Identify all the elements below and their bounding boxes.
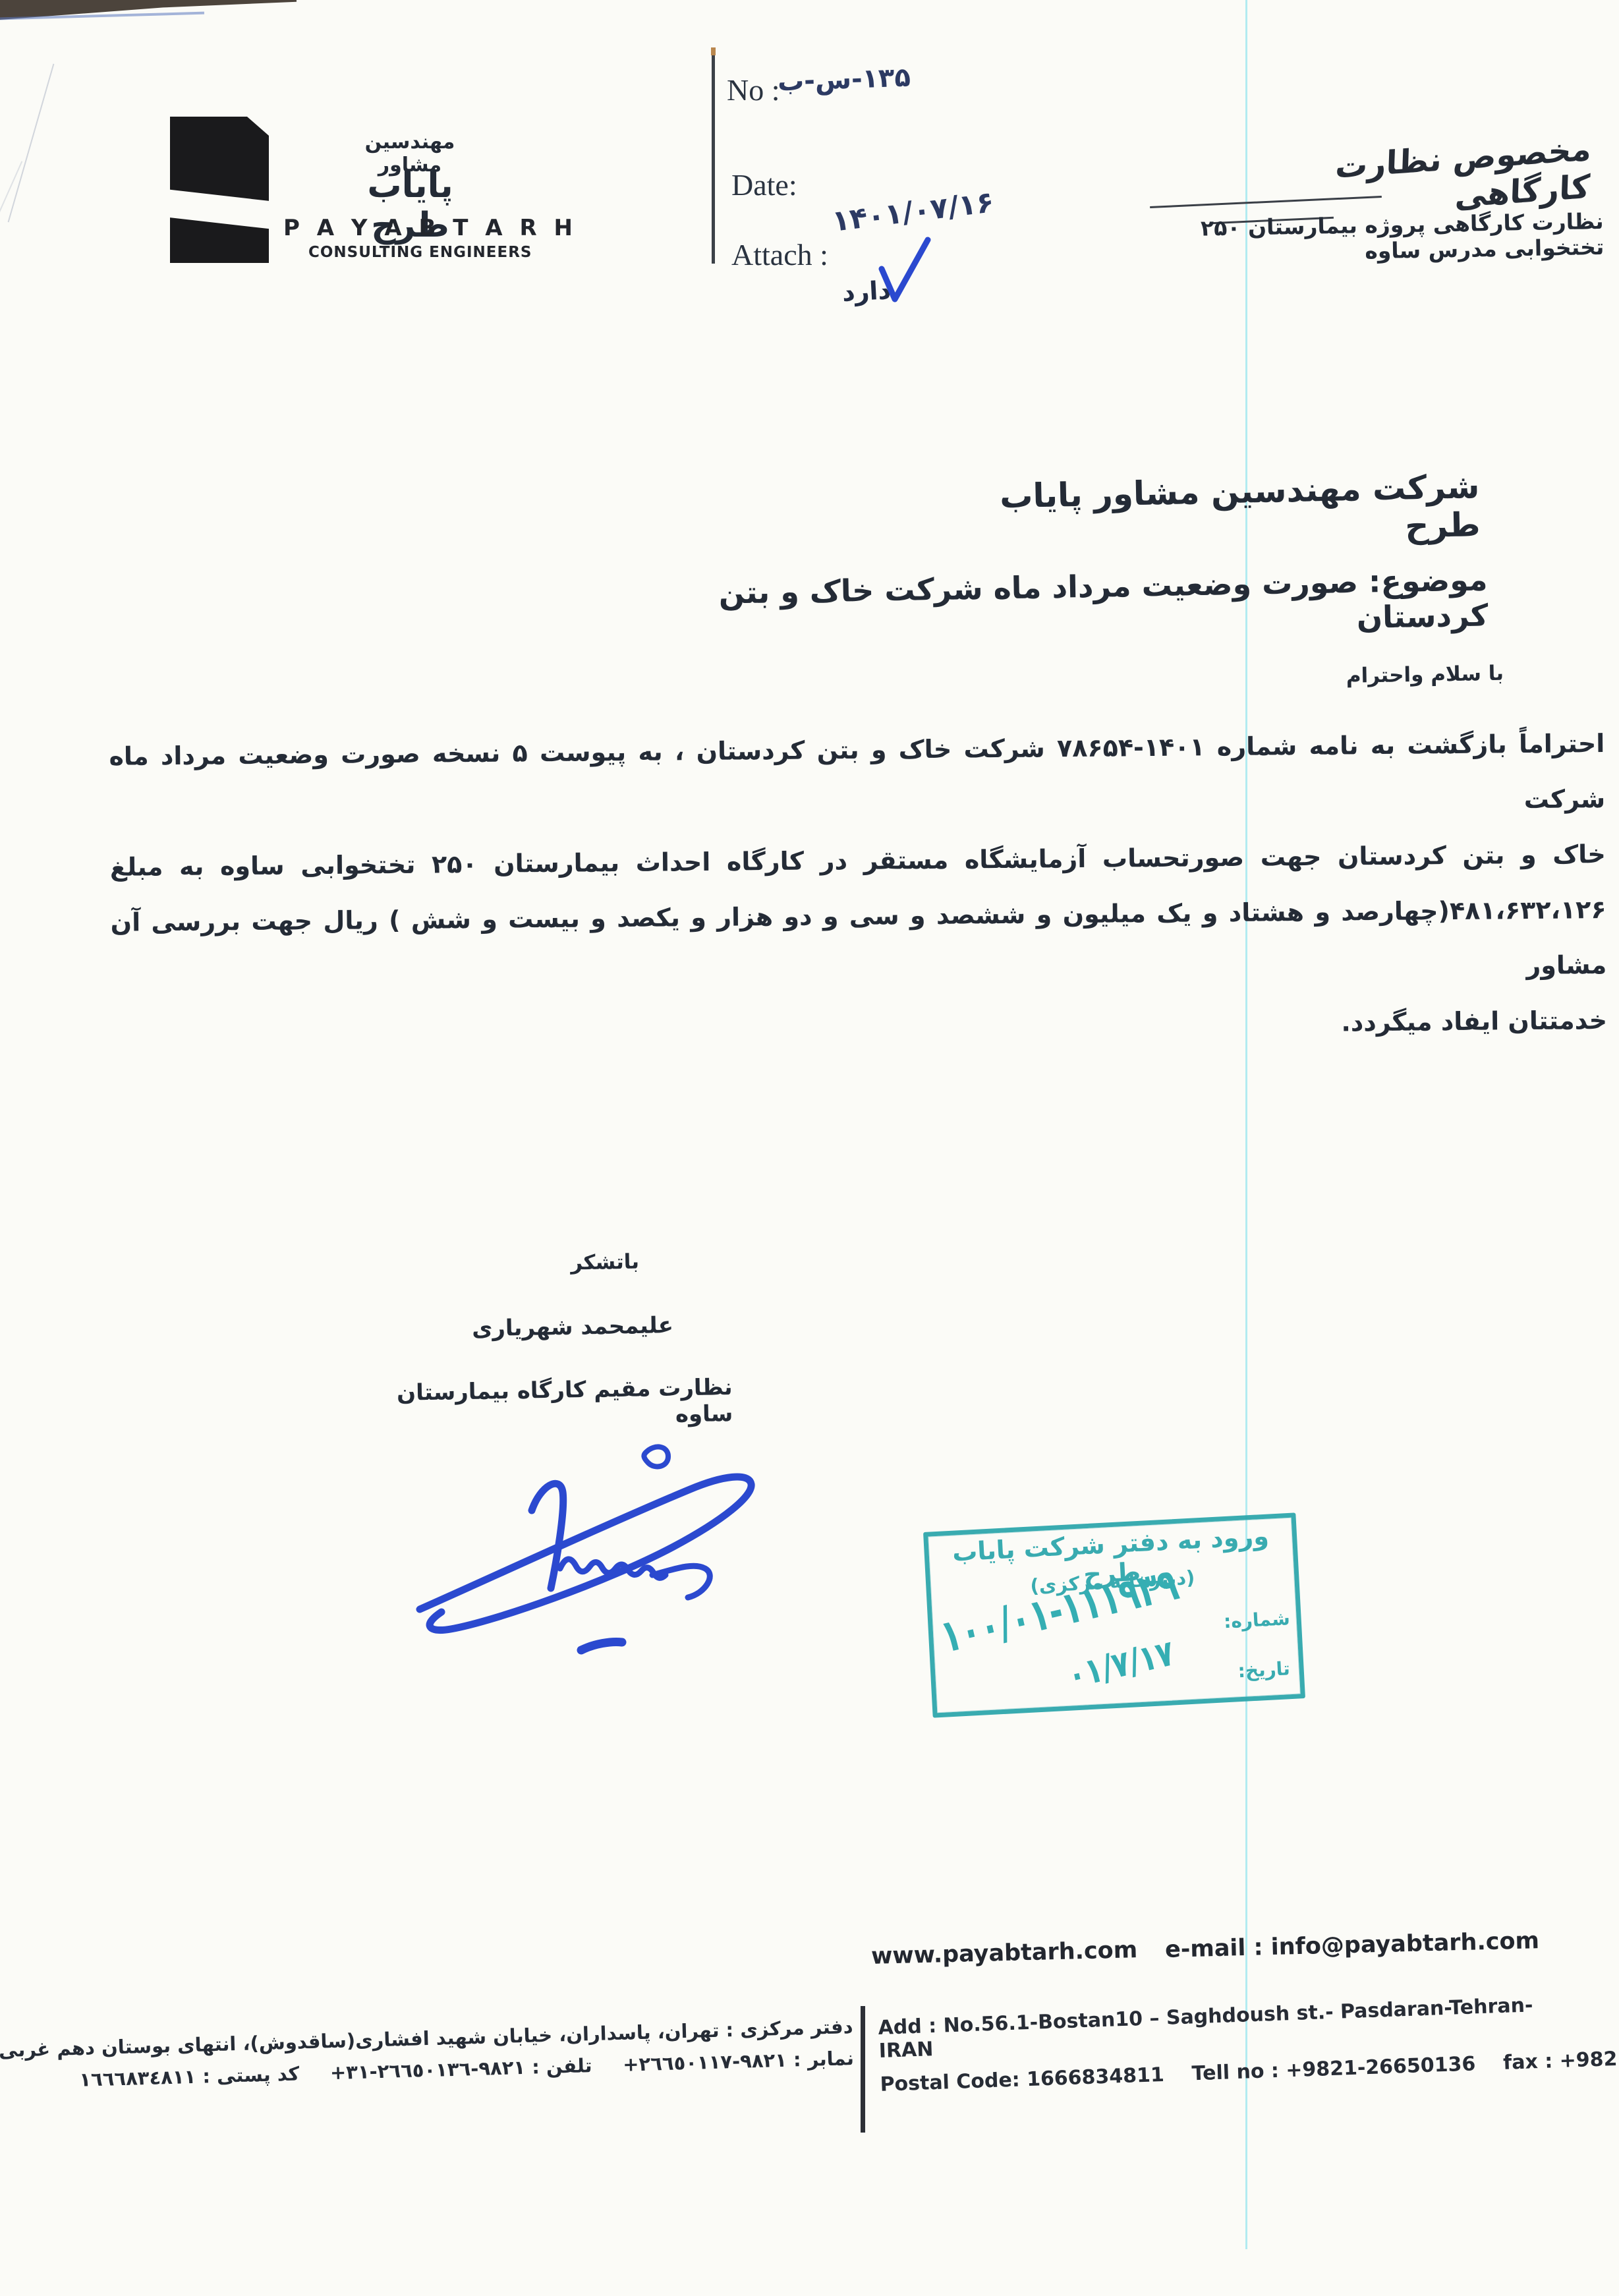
logo-diagonal-stripe (170, 188, 269, 231)
brand-latin-name: P A Y A B T A R H (283, 215, 577, 241)
body-line: ۴۸۱،۶۳۲،۱۲۶(چهارصد و هشتاد و یک میلیون و… (110, 882, 1606, 1006)
stamp-number-label: شماره: (1223, 1607, 1290, 1632)
letter-salutation: با سلام واحترام (1327, 662, 1504, 689)
scanner-streak-line (1245, 0, 1247, 2249)
closing-thanks: باتشکر (534, 1250, 640, 1276)
check-icon (878, 235, 933, 307)
brand-latin-subtitle: CONSULTING ENGINEERS (308, 244, 532, 261)
email-address: e-mail : info@payabtarh.com (1165, 1928, 1540, 1963)
date-label: Date: (731, 167, 797, 202)
company-logo (170, 117, 269, 263)
footer-english: Add : No.56.1-Bostan10 – Saghdoush st.- … (878, 1994, 1539, 2096)
footer-en-address: Add : No.56.1-Bostan10 – Saghdoush st.- … (878, 1994, 1538, 2063)
no-label: No : (727, 72, 780, 107)
footer-en-fax: fax : +9821-26650117 (1503, 2043, 1619, 2075)
body-line: احتراماً بازگشت به نامه شماره ۱۴۰۱-۷۸۶۵۴… (109, 716, 1605, 840)
website-url: www.payabtarh.com (871, 1937, 1138, 1970)
letter-body: احتراماً بازگشت به نامه شماره ۱۴۰۱-۷۸۶۵۴… (109, 716, 1607, 1061)
scanned-letter-page: { "colors":{ "paper":"#fbfbf7", "ink":"#… (0, 0, 1619, 2296)
stamp-date-label: تاریخ: (1237, 1657, 1291, 1682)
signer-name: علیمحمد شهریاری (449, 1312, 674, 1342)
footer-divider-bar (861, 2006, 865, 2133)
stamp-date-handwritten: ۰۱/۷/۱۷ (1064, 1632, 1178, 1696)
attach-label: Attach : (731, 237, 828, 272)
pencil-mark-artifact (0, 161, 22, 227)
footer-fa-tel: تلفن : +٩٨٢١-٢٦٦٥٠١٣٦-٣١ (329, 2054, 592, 2084)
ref-block-rule-tip (711, 47, 716, 55)
footer-en-tel: Tell no : +9821-26650136 (1191, 2052, 1476, 2085)
no-handwritten-value: ۱۳۵-س-ب (777, 62, 911, 97)
footer-persian: دفتر مرکزی : تهران، پاسداران، خیابان شهی… (78, 2015, 854, 2091)
date-handwritten-value: ۱۴۰۱/۰۷/۱۶ (830, 185, 996, 239)
handwritten-signature (390, 1412, 772, 1675)
project-subtitle: نظارت کارگاهی پروژه بیمارستان ۲۵۰ تختخوا… (1145, 208, 1604, 268)
letter-subject: موضوع: صورت وضعیت مرداد ماه شرکت خاک و ب… (612, 561, 1489, 648)
footer-en-postal: Postal Code: 1666834811 (880, 2063, 1164, 2096)
ref-block-vertical-rule (712, 51, 715, 264)
footer-fa-postal: کد پستی : ١٦٦٦٨٣٤٨١١ (79, 2062, 300, 2090)
footer-fa-fax: نمابر : +٩٨٢١-٢٦٦٥٠١١٧ (623, 2047, 855, 2076)
office-entry-stamp: ورود به دفتر شرکت پایاب طرح (دبیرخانه مر… (923, 1512, 1305, 1717)
pencil-mark-artifact (8, 64, 55, 223)
letter-recipient: شرکت مهندسین مشاور پایاب طرح (918, 467, 1481, 556)
